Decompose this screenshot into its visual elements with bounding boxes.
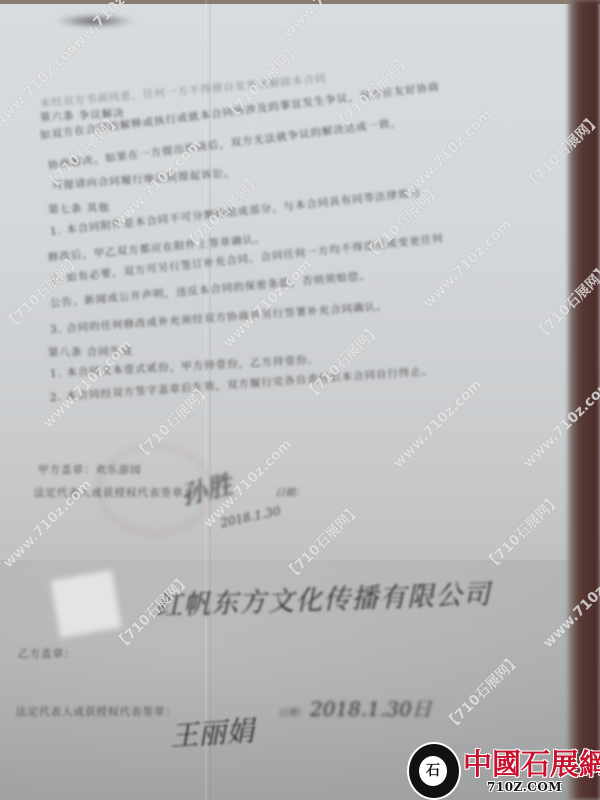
section-heading-7: 第七条 其他 <box>48 200 110 217</box>
top-scribble <box>55 14 135 28</box>
party-b-date-label: 日期： <box>278 704 308 719</box>
site-logo: 石 中國石展網 710Z.COM <box>405 738 600 800</box>
party-a-date-label: 日期： <box>275 484 305 499</box>
logo-name-cn: 中國石展網 <box>463 742 600 783</box>
contract-page: 未经双方书面同意，任何一方不得擅自变更或解除本合同 第六条 争议解决 如双方在合… <box>0 0 600 800</box>
contract-text-line: 可提请向合同履行地法院提起诉讼。 <box>51 165 236 193</box>
logo-glyph: 石 <box>419 756 447 786</box>
section-heading-8: 第八条 合同生效 <box>48 344 133 360</box>
table-edge-right <box>568 0 600 800</box>
party-a-seal-value: 欢乐游园 <box>96 464 142 476</box>
party-b-date: 2018.1.30日 <box>310 693 432 722</box>
party-b-rep-label: 法定代表人或获授权代表签章： <box>16 704 177 719</box>
party-b-seal-label: 乙方盖章： <box>18 646 76 661</box>
paper-fragment <box>50 570 121 638</box>
document-photo: 未经双方书面同意，任何一方不得擅自变更或解除本合同 第六条 争议解决 如双方在合… <box>0 0 600 800</box>
logo-mark-icon: 石 <box>407 742 461 800</box>
party-a-seal-label: 甲方盖章： <box>38 464 96 476</box>
party-a-rep-label: 法定代表人或获授权代表签章： <box>34 485 195 500</box>
party-a-seal: 甲方盖章：欢乐游园 <box>38 462 142 477</box>
party-b-signature: 王丽娟 <box>169 709 256 755</box>
logo-name-en: 710Z.COM <box>487 780 562 794</box>
